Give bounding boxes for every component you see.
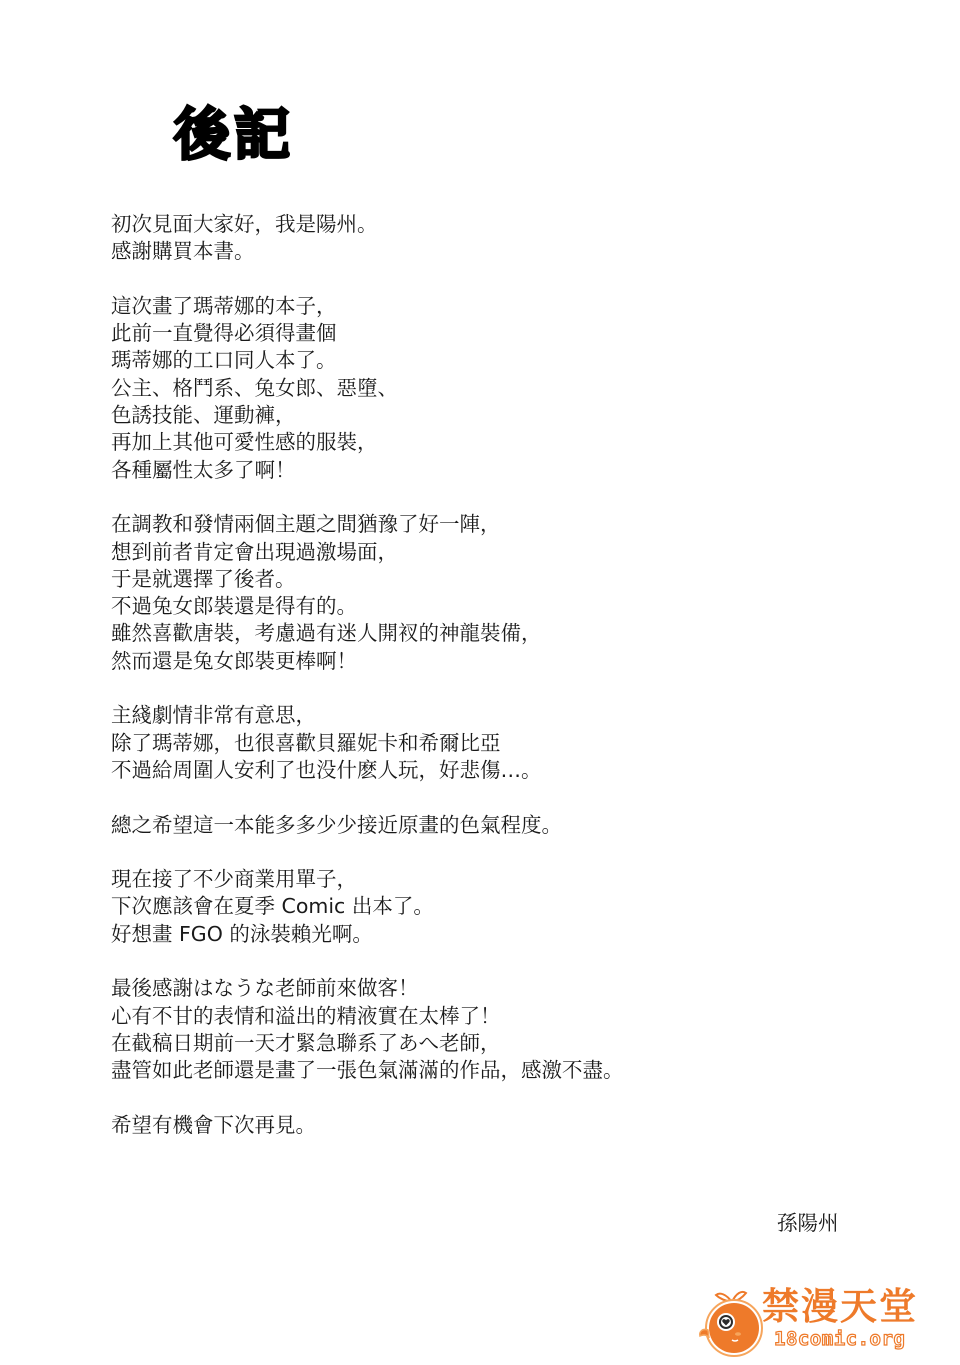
text-line: 想到前者肯定會出現過激場面， bbox=[111, 539, 624, 566]
watermark-name-text: 禁漫天堂 bbox=[762, 1285, 918, 1328]
text-line: 好想畫 FGO 的泳裝賴光啊。 bbox=[111, 921, 624, 948]
text-line: 除了瑪蒂娜，也很喜歡貝羅妮卡和希爾比亞 bbox=[111, 730, 624, 757]
paragraph-hope: 總之希望這一本能多多少少接近原畫的色氣程度。 bbox=[111, 812, 624, 839]
paragraph-theme: 這次畫了瑪蒂娜的本子， 此前一直覺得必須得畫個 瑪蒂娜的工口同人本了。 公主、格… bbox=[111, 293, 624, 484]
text-line: 色誘技能、運動褲， bbox=[111, 402, 624, 429]
text-line: 公主、格鬥系、兔女郎、惡墮、 bbox=[111, 375, 624, 402]
paragraph-choice: 在調教和發情兩個主題之間猶豫了好一陣， 想到前者肯定會出現過激場面， 于是就選擇… bbox=[111, 511, 624, 675]
afterword-body: 初次見面大家好，我是陽州。 感謝購買本書。 這次畫了瑪蒂娜的本子， 此前一直覺得… bbox=[111, 211, 624, 1166]
text-line: 在截稿日期前一天才緊急聯系了あへ老師， bbox=[111, 1030, 624, 1057]
text-line: 不過兔女郎裝還是得有的。 bbox=[111, 593, 624, 620]
text-line: 希望有機會下次再見。 bbox=[111, 1112, 624, 1139]
text-line: 在調教和發情兩個主題之間猶豫了好一陣， bbox=[111, 511, 624, 538]
text-line: 下次應該會在夏季 Comic 出本了。 bbox=[111, 893, 624, 920]
text-line: 此前一直覺得必須得畫個 bbox=[111, 320, 624, 347]
orange-whale-mascot-icon bbox=[696, 1284, 768, 1360]
text-line: 心有不甘的表情和溢出的精液實在太棒了！ bbox=[111, 1003, 624, 1030]
author-signature: 孫陽州 bbox=[777, 1210, 839, 1237]
text-line: 感謝購買本書。 bbox=[111, 238, 624, 265]
text-line: 再加上其他可愛性感的服裝， bbox=[111, 429, 624, 456]
paragraph-greeting: 初次見面大家好，我是陽州。 感謝購買本書。 bbox=[111, 211, 624, 266]
page-title: 後記 bbox=[174, 108, 294, 164]
text-line: 盡管如此老師還是畫了一張色氣滿滿的作品，感激不盡。 bbox=[111, 1057, 624, 1084]
text-line: 初次見面大家好，我是陽州。 bbox=[111, 211, 624, 238]
watermark-site-name: 禁漫天堂 bbox=[762, 1288, 918, 1325]
watermark-logo: 禁漫天堂 18comic.org bbox=[696, 1284, 926, 1360]
text-line: 這次畫了瑪蒂娜的本子， bbox=[111, 293, 624, 320]
text-line: 現在接了不少商業用單子， bbox=[111, 866, 624, 893]
watermark-url: 18comic.org bbox=[774, 1330, 905, 1349]
paragraph-thanks: 最後感謝はなうな老師前來做客！ 心有不甘的表情和溢出的精液實在太棒了！ 在截稿日… bbox=[111, 975, 624, 1084]
paragraph-plans: 現在接了不少商業用單子， 下次應該會在夏季 Comic 出本了。 好想畫 FGO… bbox=[111, 866, 624, 948]
text-line: 雖然喜歡唐裝，考慮過有迷人開衩的神龍裝備， bbox=[111, 620, 624, 647]
text-line: 總之希望這一本能多多少少接近原畫的色氣程度。 bbox=[111, 812, 624, 839]
text-line: 主綫劇情非常有意思， bbox=[111, 702, 624, 729]
text-line: 最後感謝はなうな老師前來做客！ bbox=[111, 975, 624, 1002]
text-line: 各種屬性太多了啊！ bbox=[111, 457, 624, 484]
text-line: 然而還是兔女郎裝更棒啊！ bbox=[111, 648, 624, 675]
text-line: 不過給周圍人安利了也没什麽人玩，好悲傷…。 bbox=[111, 757, 624, 784]
paragraph-story: 主綫劇情非常有意思， 除了瑪蒂娜，也很喜歡貝羅妮卡和希爾比亞 不過給周圍人安利了… bbox=[111, 702, 624, 784]
text-line: 于是就選擇了後者。 bbox=[111, 566, 624, 593]
paragraph-farewell: 希望有機會下次再見。 bbox=[111, 1112, 624, 1139]
text-line: 瑪蒂娜的工口同人本了。 bbox=[111, 347, 624, 374]
